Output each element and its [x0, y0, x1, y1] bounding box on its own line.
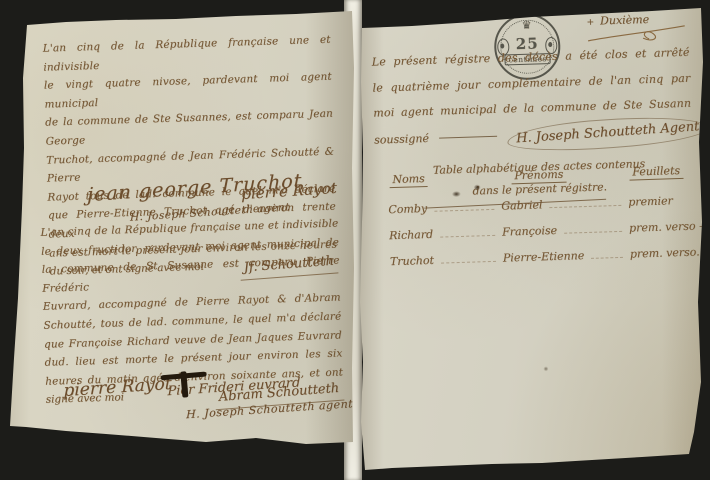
cell-prenom: Pierre-Etienne — [503, 248, 630, 265]
crown-icon: ♛ — [491, 19, 561, 32]
column-header-feuillets: Feuillets — [629, 164, 683, 181]
table-row: Truchot Pierre-Etienne prem. verso. — — [390, 246, 692, 268]
left-page-text: L'an cinq de la République française une… — [32, 15, 347, 436]
prenom-value: Pierre-Etienne — [503, 249, 585, 265]
table-row: Richard Françoise prem. verso — — [389, 220, 691, 242]
cell-nom: Comby — [388, 200, 501, 217]
feuillet-value: premier — [628, 194, 673, 208]
nom-value: Comby — [388, 202, 427, 216]
cell-feuillet: prem. verso. — — [630, 245, 710, 261]
right-page-text: +Duxième ♛ 25 centimes Le présent régist… — [360, 0, 710, 468]
cell-nom: Truchot — [390, 252, 503, 269]
left-page: L'an cinq de la République française une… — [6, 8, 354, 448]
right-page: +Duxième ♛ 25 centimes Le présent régist… — [352, 2, 704, 474]
prenom-value: Gabriel — [501, 198, 543, 212]
cell-prenom: Françoise — [502, 222, 629, 239]
feuillet-value: prem. verso. — — [630, 245, 710, 261]
nom-value: Truchot — [390, 254, 434, 268]
prenom-value: Françoise — [502, 224, 557, 239]
cell-feuillet: prem. verso — — [629, 219, 710, 235]
cell-prenom: Gabriel — [501, 196, 628, 213]
closure-line: soussigné — [374, 126, 430, 153]
column-header-prenoms: Prénoms — [511, 168, 566, 185]
register-closure-statement: Le présent régistre des décès a été clos… — [371, 40, 692, 155]
cell-feuillet: premier — [628, 194, 690, 209]
column-header-noms: Noms — [389, 172, 428, 188]
nom-value: Richard — [389, 228, 433, 242]
ink-cross-mark — [160, 369, 210, 401]
pen-dash-line — [439, 136, 497, 139]
scanned-register-spread: L'an cinq de la République française une… — [0, 0, 710, 480]
ink-blot — [543, 366, 548, 371]
feuillet-value: prem. verso — — [629, 219, 710, 235]
cell-nom: Richard — [389, 226, 502, 243]
corner-cross-mark: + — [586, 18, 594, 28]
corner-note-word: Duxième — [600, 13, 649, 28]
